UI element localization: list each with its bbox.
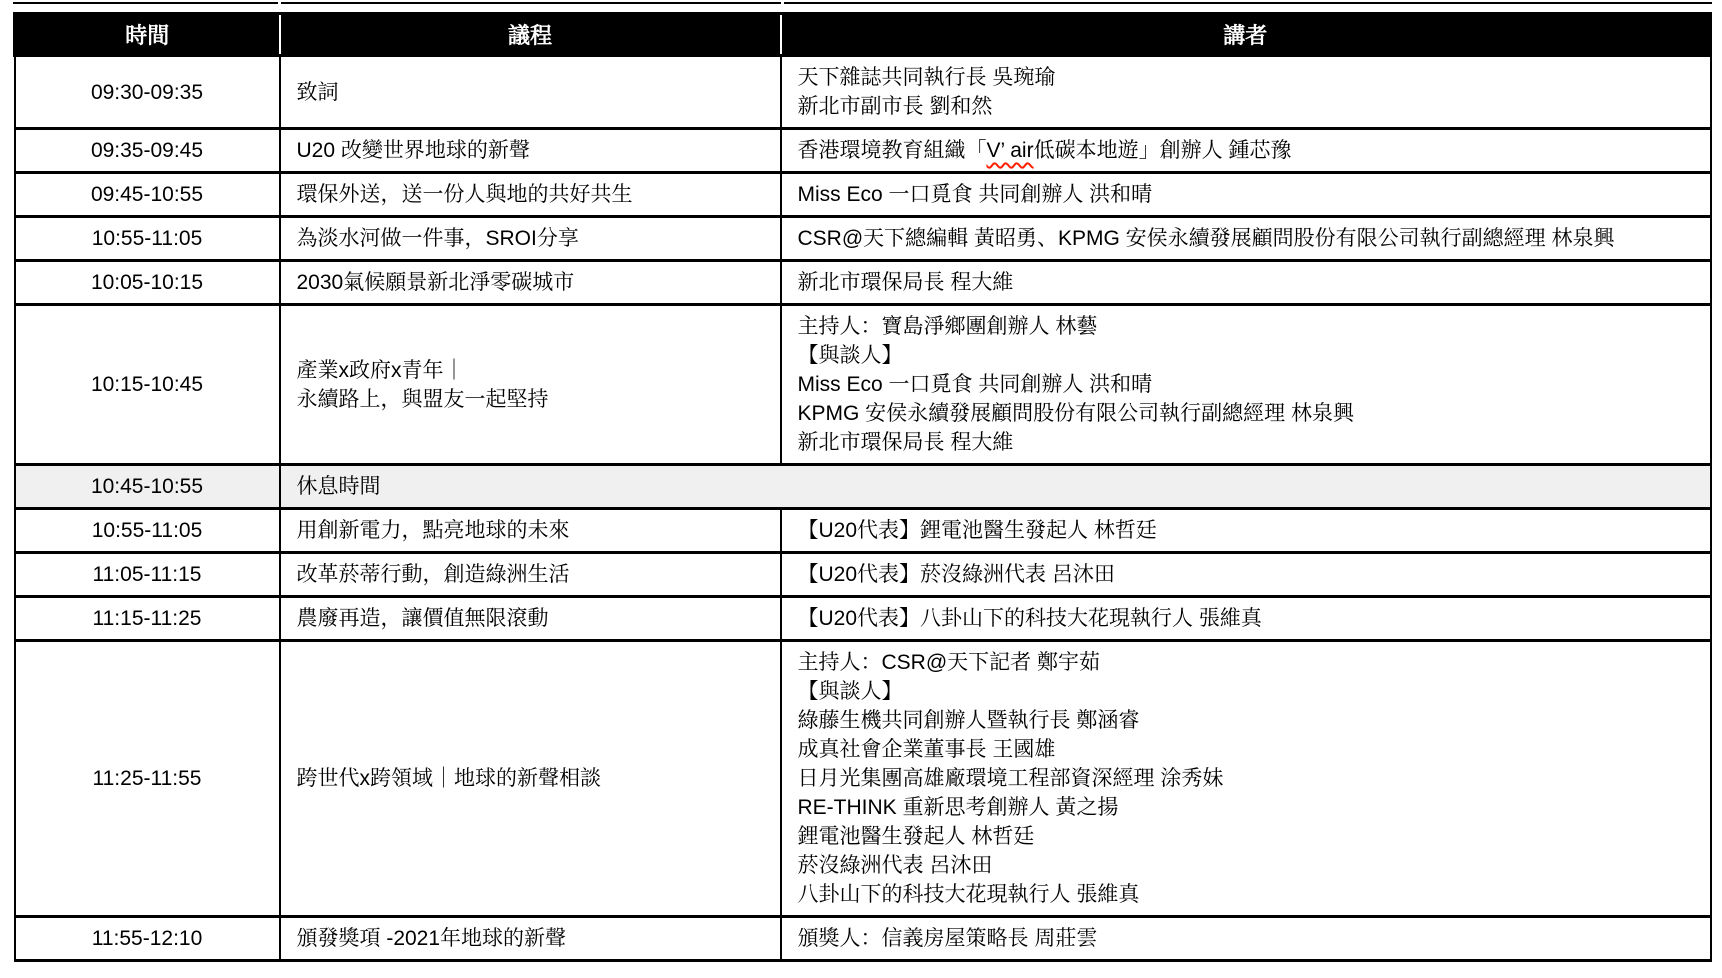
speaker-line: 【U20代表】菸沒綠洲代表 呂沐田	[798, 560, 1694, 589]
speaker-line: 菸沒綠洲代表 呂沐田	[798, 851, 1694, 880]
top-rule-segment	[281, 2, 781, 4]
agenda-line: 為淡水河做一件事，SROI分享	[297, 224, 764, 253]
agenda-cell: 致詞	[280, 56, 781, 129]
time-cell: 11:55-12:10	[15, 917, 280, 961]
agenda-cell: 用創新電力，點亮地球的未來	[280, 509, 781, 553]
speaker-text: 新北市環保局長 程大維	[798, 271, 1014, 294]
speaker-line: 新北市副市長 劉和然	[798, 92, 1694, 121]
speaker-text: 【U20代表】鋰電池醫生發起人 林哲廷	[798, 519, 1157, 542]
speaker-text: Miss Eco 一口覓食 共同創辦人 洪和晴	[798, 373, 1153, 396]
top-rule-segment	[13, 2, 278, 4]
speaker-text: 鋰電池醫生發起人 林哲廷	[798, 825, 1035, 848]
time-cell: 09:45-10:55	[15, 173, 280, 217]
col-header-speaker: 講者	[781, 14, 1711, 56]
speaker-line: Miss Eco 一口覓食 共同創辦人 洪和晴	[798, 180, 1694, 209]
agenda-cell: 跨世代x跨領域｜地球的新聲相談	[280, 641, 781, 917]
agenda-line: 跨世代x跨領域｜地球的新聲相談	[297, 764, 764, 793]
time-cell: 11:15-11:25	[15, 597, 280, 641]
col-header-time: 時間	[15, 14, 280, 56]
agenda-cell: 休息時間	[280, 465, 1711, 509]
agenda-line: 永續路上，與盟友一起堅持	[297, 385, 764, 414]
speaker-cell: 【U20代表】菸沒綠洲代表 呂沐田	[781, 553, 1711, 597]
speaker-cell: 【U20代表】鋰電池醫生發起人 林哲廷	[781, 509, 1711, 553]
speaker-text: 主持人：寶島淨鄉團創辦人 林藝	[798, 315, 1098, 338]
speaker-text: 成真社會企業董事長 王國雄	[798, 738, 1056, 761]
time-cell: 10:55-11:05	[15, 509, 280, 553]
cutoff-top-rule	[13, 2, 1712, 4]
table-row: 09:30-09:35致詞天下雜誌共同執行長 吳琬瑜新北市副市長 劉和然	[15, 56, 1711, 129]
speaker-cell: 頒獎人：信義房屋策略長 周莊雲	[781, 917, 1711, 961]
speaker-line: 天下雜誌共同執行長 吳琬瑜	[798, 63, 1694, 92]
speaker-line: 【U20代表】鋰電池醫生發起人 林哲廷	[798, 516, 1694, 545]
table-row: 09:35-09:45U20 改變世界地球的新聲香港環境教育組織「V’ air低…	[15, 129, 1711, 173]
speaker-line: KPMG 安侯永續發展顧問股份有限公司執行副總經理 林泉興	[798, 399, 1694, 428]
table-row: 11:15-11:25農廢再造，讓價值無限滾動【U20代表】八卦山下的科技大花現…	[15, 597, 1711, 641]
table-row: 10:05-10:152030氣候願景新北淨零碳城市新北市環保局長 程大維	[15, 261, 1711, 305]
agenda-cell: 農廢再造，讓價值無限滾動	[280, 597, 781, 641]
time-cell: 10:15-10:45	[15, 305, 280, 465]
speaker-line: 香港環境教育組織「V’ air低碳本地遊」創辦人 鍾芯豫	[798, 136, 1694, 165]
agenda-cell: 為淡水河做一件事，SROI分享	[280, 217, 781, 261]
speaker-text: 低碳本地遊」創辦人 鍾芯豫	[1034, 139, 1292, 162]
speaker-line: 成真社會企業董事長 王國雄	[798, 735, 1694, 764]
speaker-cell: 天下雜誌共同執行長 吳琬瑜新北市副市長 劉和然	[781, 56, 1711, 129]
speaker-text: 日月光集團高雄廠環境工程部資深經理 涂秀妹	[798, 767, 1224, 790]
speaker-line: 綠藤生機共同創辦人暨執行長 鄭涵睿	[798, 706, 1694, 735]
speaker-text: 八卦山下的科技大花現執行人 張維真	[798, 883, 1140, 906]
header-row: 時間 議程 講者	[15, 14, 1711, 56]
speaker-line: CSR@天下總編輯 黃昭勇、KPMG 安侯永續發展顧問股份有限公司執行副總經理 …	[798, 224, 1694, 253]
time-cell: 09:35-09:45	[15, 129, 280, 173]
agenda-table: 時間 議程 講者 09:30-09:35致詞天下雜誌共同執行長 吳琬瑜新北市副市…	[13, 12, 1712, 962]
speaker-text: 【與談人】	[798, 680, 903, 703]
time-cell: 10:05-10:15	[15, 261, 280, 305]
speaker-line: 主持人：CSR@天下記者 鄭宇茹	[798, 648, 1694, 677]
speaker-line: 新北市環保局長 程大維	[798, 428, 1694, 457]
time-cell: 10:55-11:05	[15, 217, 280, 261]
col-header-agenda: 議程	[280, 14, 781, 56]
agenda-line: 致詞	[297, 78, 764, 107]
time-cell: 11:05-11:15	[15, 553, 280, 597]
table-row: 10:55-11:05用創新電力，點亮地球的未來【U20代表】鋰電池醫生發起人 …	[15, 509, 1711, 553]
table-row: 11:55-12:10頒發獎項 -2021年地球的新聲頒獎人：信義房屋策略長 周…	[15, 917, 1711, 961]
speaker-line: 鋰電池醫生發起人 林哲廷	[798, 822, 1694, 851]
speaker-text: 菸沒綠洲代表 呂沐田	[798, 854, 993, 877]
agenda-line: 產業x政府x青年｜	[297, 356, 764, 385]
agenda-line: 休息時間	[297, 472, 1694, 501]
table-row: 10:55-11:05為淡水河做一件事，SROI分享CSR@天下總編輯 黃昭勇、…	[15, 217, 1711, 261]
top-rule-segment	[784, 2, 1712, 4]
break-row: 10:45-10:55休息時間	[15, 465, 1711, 509]
speaker-line: 新北市環保局長 程大維	[798, 268, 1694, 297]
agenda-line: 改革菸蒂行動，創造綠洲生活	[297, 560, 764, 589]
table-row: 11:25-11:55跨世代x跨領域｜地球的新聲相談主持人：CSR@天下記者 鄭…	[15, 641, 1711, 917]
speaker-text: 頒獎人：信義房屋策略長 周莊雲	[798, 927, 1098, 950]
speaker-text: CSR@天下總編輯 黃昭勇、KPMG 安侯永續發展顧問股份有限公司執行副總經理 …	[798, 227, 1615, 250]
time-cell: 10:45-10:55	[15, 465, 280, 509]
time-cell: 11:25-11:55	[15, 641, 280, 917]
speaker-text: 天下雜誌共同執行長 吳琬瑜	[798, 66, 1056, 89]
speaker-text: RE-THINK 重新思考創辦人 黃之揚	[798, 796, 1119, 819]
speaker-text: KPMG 安侯永續發展顧問股份有限公司執行副總經理 林泉興	[798, 402, 1355, 425]
agenda-cell: 頒發獎項 -2021年地球的新聲	[280, 917, 781, 961]
speaker-line: 八卦山下的科技大花現執行人 張維真	[798, 880, 1694, 909]
agenda-line: 農廢再造，讓價值無限滾動	[297, 604, 764, 633]
speaker-cell: 主持人：CSR@天下記者 鄭宇茹【與談人】綠藤生機共同創辦人暨執行長 鄭涵睿成真…	[781, 641, 1711, 917]
speaker-text: 新北市環保局長 程大維	[798, 431, 1014, 454]
agenda-line: 頒發獎項 -2021年地球的新聲	[297, 924, 764, 953]
speaker-cell: 主持人：寶島淨鄉團創辦人 林藝【與談人】Miss Eco 一口覓食 共同創辦人 …	[781, 305, 1711, 465]
speaker-text: 【與談人】	[798, 344, 903, 367]
agenda-cell: 環保外送，送一份人與地的共好共生	[280, 173, 781, 217]
agenda-page: 時間 議程 講者 09:30-09:35致詞天下雜誌共同執行長 吳琬瑜新北市副市…	[0, 0, 1722, 978]
spellcheck-underlined-text: V’ air	[987, 139, 1034, 162]
agenda-line: U20 改變世界地球的新聲	[297, 136, 764, 165]
speaker-text: 香港環境教育組織「	[798, 139, 987, 162]
agenda-cell: 2030氣候願景新北淨零碳城市	[280, 261, 781, 305]
table-header: 時間 議程 講者	[15, 14, 1711, 56]
speaker-line: 【U20代表】八卦山下的科技大花現執行人 張維真	[798, 604, 1694, 633]
agenda-cell: 產業x政府x青年｜永續路上，與盟友一起堅持	[280, 305, 781, 465]
speaker-text: Miss Eco 一口覓食 共同創辦人 洪和晴	[798, 183, 1153, 206]
speaker-cell: 【U20代表】八卦山下的科技大花現執行人 張維真	[781, 597, 1711, 641]
table-row: 11:05-11:15改革菸蒂行動，創造綠洲生活【U20代表】菸沒綠洲代表 呂沐…	[15, 553, 1711, 597]
speaker-line: 頒獎人：信義房屋策略長 周莊雲	[798, 924, 1694, 953]
table-row: 10:15-10:45產業x政府x青年｜永續路上，與盟友一起堅持主持人：寶島淨鄉…	[15, 305, 1711, 465]
speaker-line: 【與談人】	[798, 341, 1694, 370]
agenda-table-body: 09:30-09:35致詞天下雜誌共同執行長 吳琬瑜新北市副市長 劉和然09:3…	[15, 56, 1711, 961]
speaker-line: RE-THINK 重新思考創辦人 黃之揚	[798, 793, 1694, 822]
speaker-cell: Miss Eco 一口覓食 共同創辦人 洪和晴	[781, 173, 1711, 217]
speaker-cell: CSR@天下總編輯 黃昭勇、KPMG 安侯永續發展顧問股份有限公司執行副總經理 …	[781, 217, 1711, 261]
agenda-line: 2030氣候願景新北淨零碳城市	[297, 268, 764, 297]
speaker-text: 主持人：CSR@天下記者 鄭宇茹	[798, 651, 1101, 674]
time-cell: 09:30-09:35	[15, 56, 280, 129]
agenda-cell: U20 改變世界地球的新聲	[280, 129, 781, 173]
agenda-cell: 改革菸蒂行動，創造綠洲生活	[280, 553, 781, 597]
speaker-text: 【U20代表】八卦山下的科技大花現執行人 張維真	[798, 607, 1262, 630]
speaker-cell: 新北市環保局長 程大維	[781, 261, 1711, 305]
table-row: 09:45-10:55環保外送，送一份人與地的共好共生Miss Eco 一口覓食…	[15, 173, 1711, 217]
agenda-line: 環保外送，送一份人與地的共好共生	[297, 180, 764, 209]
speaker-text: 新北市副市長 劉和然	[798, 95, 993, 118]
agenda-line: 用創新電力，點亮地球的未來	[297, 516, 764, 545]
speaker-line: Miss Eco 一口覓食 共同創辦人 洪和晴	[798, 370, 1694, 399]
speaker-cell: 香港環境教育組織「V’ air低碳本地遊」創辦人 鍾芯豫	[781, 129, 1711, 173]
speaker-text: 【U20代表】菸沒綠洲代表 呂沐田	[798, 563, 1115, 586]
speaker-text: 綠藤生機共同創辦人暨執行長 鄭涵睿	[798, 709, 1140, 732]
speaker-line: 主持人：寶島淨鄉團創辦人 林藝	[798, 312, 1694, 341]
speaker-line: 日月光集團高雄廠環境工程部資深經理 涂秀妹	[798, 764, 1694, 793]
speaker-line: 【與談人】	[798, 677, 1694, 706]
